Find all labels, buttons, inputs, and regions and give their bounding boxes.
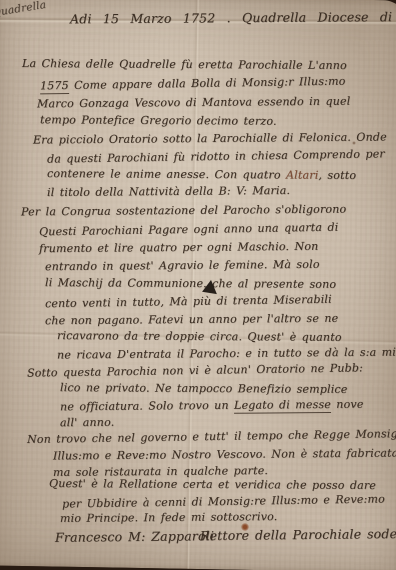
manuscript-line: il titolo della Nattività della B: V: Ma… (47, 184, 290, 199)
manuscript-line: Non trovo che nel governo e tutt' il tem… (27, 427, 396, 446)
manuscript-line: Era picciolo Oratorio sotto la Parochial… (33, 130, 387, 146)
manuscript-line: all' anno. (60, 416, 114, 429)
manuscript-line: cento venti in tutto, Mà più di trenta M… (45, 293, 332, 311)
manuscript-line: frumento et lire quatro per ogni Maschio… (39, 240, 319, 255)
manuscript-line: ricavarono da tre doppie circa. Quest' è… (57, 329, 342, 344)
stain-fleck (352, 141, 356, 145)
manuscript-line: Per la Congrua sostentazione del Parocho… (21, 203, 346, 219)
manuscript-line: per Ubbidire à cenni di Monsig:re Illus:… (62, 492, 385, 510)
faded-word-altari: Altari (286, 169, 319, 182)
handwritten-text-layer: Quadrella Adi 15 Marzo 1752 . Quadrella … (0, 0, 396, 570)
signature-title: Rettore della Parochiale sodetta (200, 526, 396, 543)
manuscript-line: da questi Parochiani fù ridotto in chies… (47, 147, 385, 165)
manuscript-line: che non pagano. Fatevi un anno per l'alt… (45, 312, 338, 328)
stain-spot (241, 523, 249, 531)
manuscript-line: lico ne privato. Ne tampocco Benefizio s… (60, 381, 348, 396)
signature-name: Francesco M: Zapparoli (55, 528, 214, 545)
manuscript-line: Sotto questa Parochia non vi è alcun' Or… (27, 361, 363, 379)
margin-note: Quadrella (0, 0, 47, 19)
manuscript-line: 1575 Come appare dalla Bolla di Monsig:r… (40, 75, 346, 93)
ink-blot (202, 279, 219, 294)
underlined-legato: Legato di messe (234, 398, 331, 414)
manuscript-line: Questi Parochiani Pagare ogni anno una q… (39, 221, 339, 239)
manuscript-line: ne ricava D'entrata il Parocho: e in tut… (57, 345, 396, 361)
manuscript-line: La Chiesa delle Quadrelle fù eretta Paro… (22, 57, 347, 72)
manuscript-line: li Maschij da Communione. che al present… (45, 276, 336, 291)
manuscript-line: Quest' è la Rellatione certa et veridica… (49, 477, 376, 492)
manuscript-line: ne officiatura. Solo trovo un Legato di … (60, 398, 364, 414)
manuscript-line: contenere le anime anesse. Con quatro Al… (47, 167, 356, 182)
underlined-year: 1575 (40, 79, 69, 94)
manuscript-photo: Quadrella Adi 15 Marzo 1752 . Quadrella … (0, 0, 396, 570)
manuscript-line: Marco Gonzaga Vescovo di Mantova essendo… (37, 95, 350, 111)
manuscript-line: tempo Pontefice Gregorio decimo terzo. (40, 113, 277, 127)
dateline: Adi 15 Marzo 1752 . Quadrella Diocese di… (70, 9, 396, 27)
manuscript-line: Illus:mo e Reve:mo Nostro Vescovo. Non è… (53, 446, 396, 462)
manuscript-line: entrando in quest' Agravio le femine. Mà… (45, 258, 320, 273)
